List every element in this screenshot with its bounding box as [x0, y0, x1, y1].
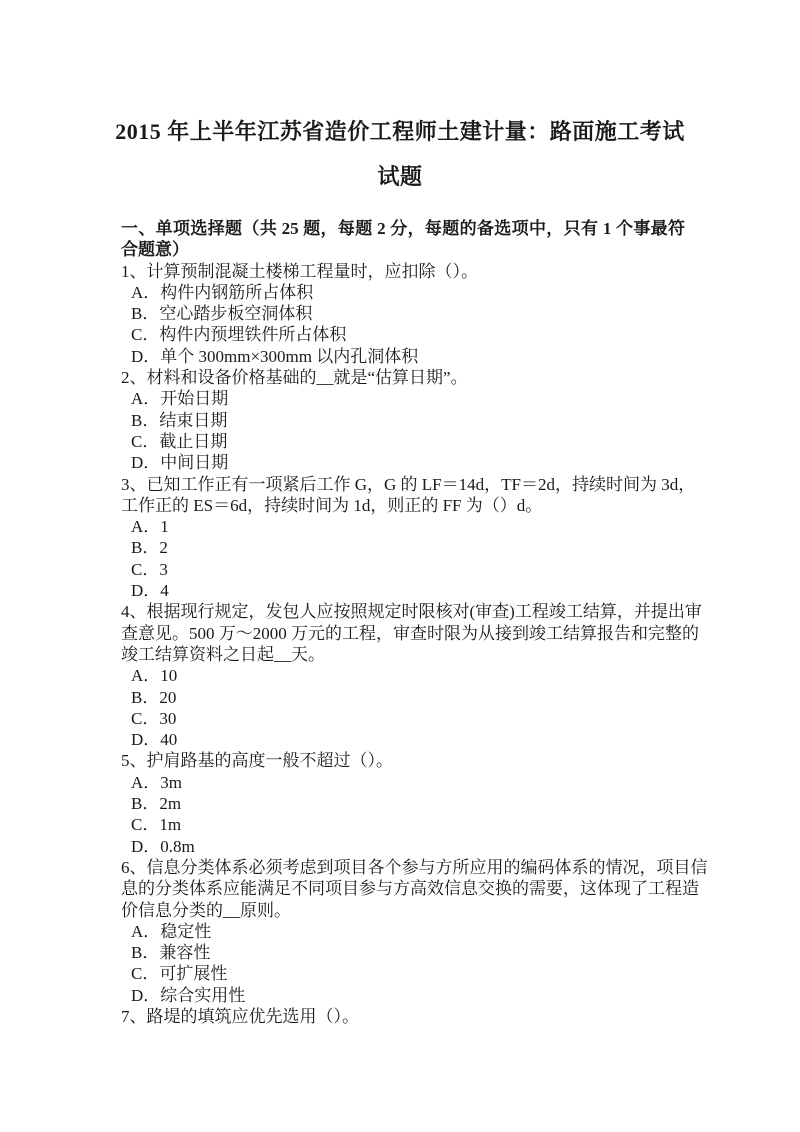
option-line: D．40	[121, 729, 685, 750]
option-line: D．0.8m	[121, 836, 685, 857]
option-line: D．综合实用性	[121, 985, 685, 1006]
option-line: D．单个 300mm×300mm 以内孔洞体积	[121, 346, 685, 367]
page-title: 2015 年上半年江苏省造价工程师土建计量：路面施工考试 试题	[0, 0, 800, 199]
option-line: C．截止日期	[121, 431, 685, 452]
option-line: A．3m	[121, 772, 685, 793]
question-5: 5、护肩路基的高度一般不超过（）。A．3mB．2mC．1mD．0.8m	[121, 750, 685, 856]
question-7: 7、路堤的填筑应优先选用（）。	[121, 1006, 685, 1027]
question-stem-line: 息的分类体系应能满足不同项目参与方高效信息交换的需要，这体现了工程造	[121, 878, 685, 899]
question-6: 6、信息分类体系必须考虑到项目各个参与方所应用的编码体系的情况，项目信息的分类体…	[121, 857, 685, 1006]
option-line: B．兼容性	[121, 942, 685, 963]
section-heading-line: 一、单项选择题（共 25 题，每题 2 分，每题的备选项中，只有 1 个事最符	[121, 218, 685, 239]
option-line: D．4	[121, 580, 685, 601]
question-3: 3、已知工作正有一项紧后工作 G，G 的 LF＝14d，TF＝2d，持续时间为 …	[121, 474, 685, 602]
exam-document-page: 2015 年上半年江苏省造价工程师土建计量：路面施工考试 试题 一、单项选择题（…	[0, 0, 800, 1132]
document-content: 一、单项选择题（共 25 题，每题 2 分，每题的备选项中，只有 1 个事最符合…	[121, 218, 685, 1027]
question-1: 1、计算预制混凝土楼梯工程量时，应扣除（）。A．构件内钢筋所占体积B．空心踏步板…	[121, 261, 685, 367]
question-stem-line: 工作正的 ES＝6d，持续时间为 1d，则正的 FF 为（）d。	[121, 495, 685, 516]
option-line: A．1	[121, 516, 685, 537]
question-stem-line: 价信息分类的__原则。	[121, 900, 685, 921]
option-line: C．3	[121, 559, 685, 580]
option-line: C．构件内预埋铁件所占体积	[121, 324, 685, 345]
title-line-2: 试题	[0, 154, 800, 199]
option-line: A．开始日期	[121, 388, 685, 409]
question-stem-line: 查意见。500 万～2000 万元的工程，审查时限为从接到竣工结算报告和完整的	[121, 623, 685, 644]
option-line: A．稳定性	[121, 921, 685, 942]
question-stem-line: 2、材料和设备价格基础的__就是“估算日期”。	[121, 367, 685, 388]
option-line: B．20	[121, 687, 685, 708]
question-2: 2、材料和设备价格基础的__就是“估算日期”。A．开始日期B．结束日期C．截止日…	[121, 367, 685, 473]
title-line-1: 2015 年上半年江苏省造价工程师土建计量：路面施工考试	[0, 109, 800, 154]
option-line: D．中间日期	[121, 452, 685, 473]
question-stem-line: 1、计算预制混凝土楼梯工程量时，应扣除（）。	[121, 261, 685, 282]
question-stem-line: 6、信息分类体系必须考虑到项目各个参与方所应用的编码体系的情况，项目信	[121, 857, 685, 878]
option-line: A．10	[121, 665, 685, 686]
section-heading-line: 合题意）	[121, 239, 685, 260]
question-stem-line: 4、根据现行规定，发包人应按照规定时限核对(审查)工程竣工结算，并提出审	[121, 601, 685, 622]
question-stem-line: 7、路堤的填筑应优先选用（）。	[121, 1006, 685, 1027]
option-line: B．空心踏步板空洞体积	[121, 303, 685, 324]
section-heading: 一、单项选择题（共 25 题，每题 2 分，每题的备选项中，只有 1 个事最符合…	[121, 218, 685, 261]
option-line: C．可扩展性	[121, 963, 685, 984]
option-line: A．构件内钢筋所占体积	[121, 282, 685, 303]
option-line: C．30	[121, 708, 685, 729]
option-line: C．1m	[121, 814, 685, 835]
option-line: B．2	[121, 537, 685, 558]
question-stem-line: 竣工结算资料之日起__天。	[121, 644, 685, 665]
option-line: B．2m	[121, 793, 685, 814]
question-stem-line: 5、护肩路基的高度一般不超过（）。	[121, 750, 685, 771]
question-stem-line: 3、已知工作正有一项紧后工作 G，G 的 LF＝14d，TF＝2d，持续时间为 …	[121, 474, 685, 495]
questions: 1、计算预制混凝土楼梯工程量时，应扣除（）。A．构件内钢筋所占体积B．空心踏步板…	[121, 261, 685, 1028]
option-line: B．结束日期	[121, 410, 685, 431]
question-4: 4、根据现行规定，发包人应按照规定时限核对(审查)工程竣工结算，并提出审查意见。…	[121, 601, 685, 750]
